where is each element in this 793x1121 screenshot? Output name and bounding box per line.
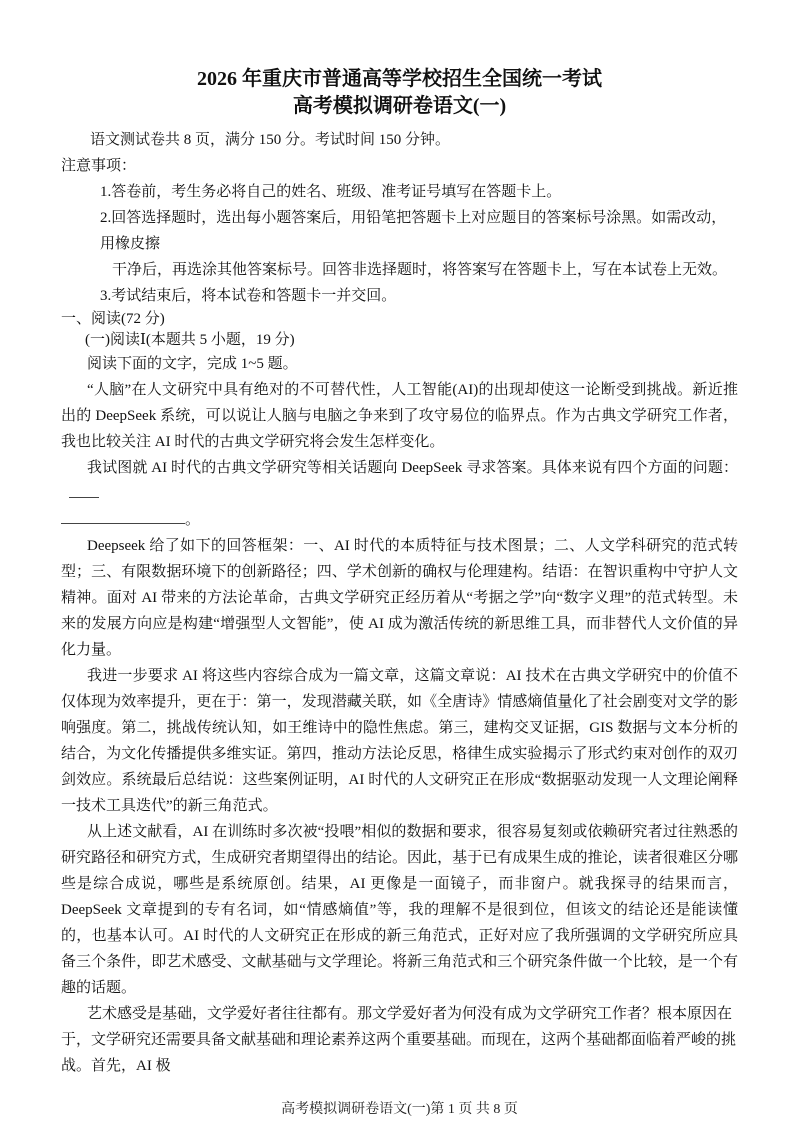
exam-info: 语文测试卷共 8 页，满分 150 分。考试时间 150 分钟。 [61, 127, 738, 153]
page-content: 2026 年重庆市普通高等学校招生全国统一考试 高考模拟调研卷语文(一) 语文测… [61, 0, 738, 1121]
notice-heading: 注意事项： [61, 153, 738, 179]
passage-paragraph-2-text: 我试图就 AI 时代的古典文学研究等相关话题向 DeepSeek 寻求答案。具体… [87, 460, 738, 476]
passage-intro: 阅读下面的文字，完成 1~5 题。 [61, 351, 738, 377]
passage-paragraph-6: 艺术感受是基础，文学爱好者往往都有。那文学爱好者为何没有成为文学研究工作者？根本… [61, 1001, 738, 1079]
exam-paper-page: 2026 年重庆市普通高等学校招生全国统一考试 高考模拟调研卷语文(一) 语文测… [0, 0, 793, 1121]
passage-paragraph-2: 我试图就 AI 时代的古典文学研究等相关话题向 DeepSeek 寻求答案。具体… [61, 455, 738, 533]
section-heading-reading: 一、阅读(72 分) [61, 309, 738, 330]
passage-paragraph-3: Deepseek 给了如下的回答框架：一、AI 时代的本质特征与技术图景；二、人… [61, 533, 738, 663]
notice-item-1: 1.答卷前，考生务必将自己的姓名、班级、准考证号填写在答题卡上。 [61, 179, 738, 205]
notice-item-2: 2.回答选择题时，选出每小题答案后，用铅笔把答题卡上对应题目的答案标号涂黑。如需… [61, 205, 738, 257]
passage-paragraph-1: “人脑”在人文研究中具有绝对的不可替代性，人工智能(AI)的出现却使这一论断受到… [61, 377, 738, 455]
page-footer: 高考模拟调研卷语文(一)第 1 页 共 8 页 [61, 1097, 738, 1121]
reading-passage: 阅读下面的文字，完成 1~5 题。 “人脑”在人文研究中具有绝对的不可替代性，人… [61, 351, 738, 1079]
passage-paragraph-5: 从上述文献看，AI 在训练时多次被“投喂”相似的数据和要求，很容易复刻或依赖研究… [61, 819, 738, 1001]
passage-paragraph-2-tail: 。 [185, 512, 200, 528]
page-title-line2: 高考模拟调研卷语文(一) [61, 93, 738, 120]
fill-blank-long [61, 508, 185, 524]
notice-item-2-continuation: 干净后，再选涂其他答案标号。回答非选择题时，将答案写在答题卡上，写在本试卷上无效… [61, 257, 738, 283]
subsection-heading-reading-1: (一)阅读Ⅰ(本题共 5 小题，19 分) [61, 330, 738, 351]
notice-item-3: 3.考试结束后，将本试卷和答题卡一并交回。 [61, 283, 738, 309]
fill-blank-short [69, 482, 99, 498]
passage-paragraph-4: 我进一步要求 AI 将这些内容综合成为一篇文章，这篇文章说：AI 技术在古典文学… [61, 663, 738, 819]
page-title-line1: 2026 年重庆市普通高等学校招生全国统一考试 [61, 66, 738, 93]
